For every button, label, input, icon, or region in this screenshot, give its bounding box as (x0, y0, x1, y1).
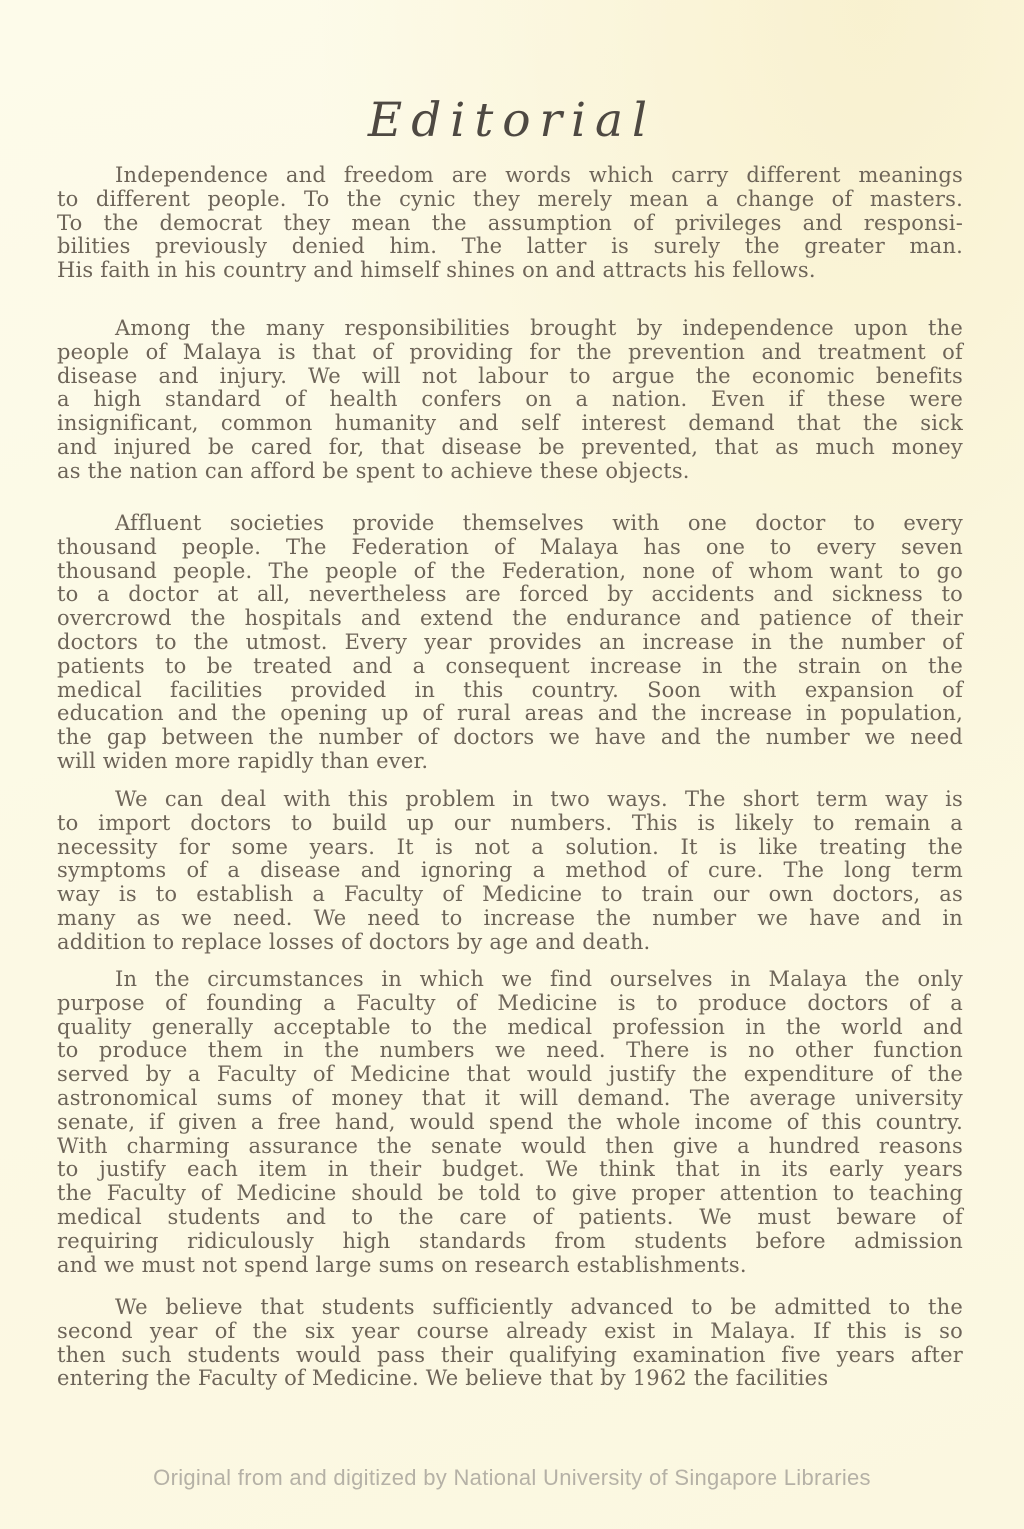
text-line: to a doctor at all, nevertheless are for… (57, 583, 963, 607)
text-line: Among the many responsibilities brought … (57, 317, 963, 341)
text-line: In the circumstances in which we find ou… (57, 968, 963, 992)
text-line: patients to be treated and a consequent … (57, 655, 963, 679)
text-line: and we must not spend large sums on rese… (57, 1254, 963, 1278)
text-line: as the nation can afford be spent to ach… (57, 460, 963, 484)
paragraph: We can deal with this problem in two way… (57, 788, 963, 955)
text-line: thousand people. The Federation of Malay… (57, 536, 963, 560)
digitization-footer: Original from and digitized by National … (0, 1465, 1024, 1491)
text-line: symptoms of a disease and ignoring a met… (57, 859, 963, 883)
text-line: disease and injury. We will not labour t… (57, 365, 963, 389)
text-line: thousand people. The people of the Feder… (57, 560, 963, 584)
text-line: education and the opening up of rural ar… (57, 702, 963, 726)
text-line: way is to establish a Faculty of Medicin… (57, 883, 963, 907)
text-line: people of Malaya is that of providing fo… (57, 341, 963, 365)
paragraph: In the circumstances in which we find ou… (57, 968, 963, 1277)
text-line: Affluent societies provide themselves wi… (57, 512, 963, 536)
paragraph: Independence and freedom are words which… (57, 164, 963, 283)
text-line: many as we need. We need to increase the… (57, 907, 963, 931)
text-line: to produce them in the numbers we need. … (57, 1039, 963, 1063)
text-line: bilities previously denied him. The latt… (57, 235, 963, 259)
text-line: medical students and to the care of pati… (57, 1206, 963, 1230)
text-line: necessity for some years. It is not a so… (57, 836, 963, 860)
text-line: purpose of founding a Faculty of Medicin… (57, 992, 963, 1016)
text-line: to different people. To the cynic they m… (57, 188, 963, 212)
text-line: quality generally acceptable to the medi… (57, 1016, 963, 1040)
text-line: will widen more rapidly than ever. (57, 750, 963, 774)
text-line: Independence and freedom are words which… (57, 164, 963, 188)
text-line: the gap between the number of doctors we… (57, 726, 963, 750)
text-line: His faith in his country and himself shi… (57, 259, 963, 283)
text-line: With charming assurance the senate would… (57, 1135, 963, 1159)
text-line: overcrowd the hospitals and extend the e… (57, 607, 963, 631)
text-line: We can deal with this problem in two way… (57, 788, 963, 812)
text-line: medical facilities provided in this coun… (57, 679, 963, 703)
paragraph: Affluent societies provide themselves wi… (57, 512, 963, 774)
text-line: astronomical sums of money that it will … (57, 1087, 963, 1111)
text-line: served by a Faculty of Medicine that wou… (57, 1063, 963, 1087)
text-line: second year of the six year course alrea… (57, 1320, 963, 1344)
text-line: insignificant, common humanity and self … (57, 412, 963, 436)
text-line: to import doctors to build up our number… (57, 812, 963, 836)
text-line: To the democrat they mean the assumption… (57, 212, 963, 236)
document-page: Editorial Independence and freedom are w… (0, 0, 1024, 1529)
text-line: and injured be cared for, that disease b… (57, 436, 963, 460)
editorial-body: Independence and freedom are words which… (57, 0, 963, 1529)
paragraph: Among the many responsibilities brought … (57, 317, 963, 484)
text-line: We believe that students sufficiently ad… (57, 1296, 963, 1320)
paragraph: We believe that students sufficiently ad… (57, 1296, 963, 1391)
text-line: addition to replace losses of doctors by… (57, 931, 963, 955)
text-line: the Faculty of Medicine should be told t… (57, 1182, 963, 1206)
text-line: a high standard of health confers on a n… (57, 388, 963, 412)
text-line: senate, if given a free hand, would spen… (57, 1111, 963, 1135)
text-line: requiring ridiculously high standards fr… (57, 1230, 963, 1254)
text-line: entering the Faculty of Medicine. We bel… (57, 1367, 963, 1391)
text-line: then such students would pass their qual… (57, 1344, 963, 1368)
text-line: to justify each item in their budget. We… (57, 1158, 963, 1182)
text-line: doctors to the utmost. Every year provid… (57, 631, 963, 655)
